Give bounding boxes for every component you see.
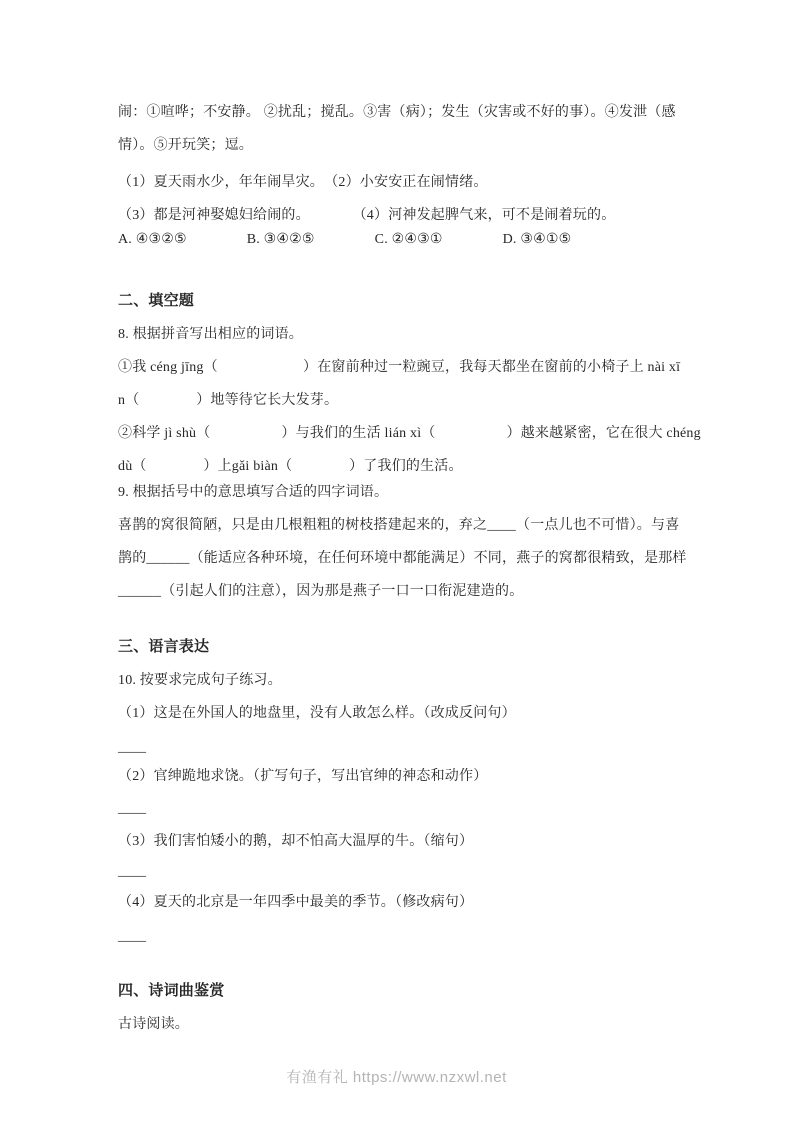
q7-option-a: A. ④③②⑤ <box>118 223 187 256</box>
section-heading-expression: 三、语言表达 <box>118 631 680 664</box>
q10-item3-text: （3）我们害怕矮小的鹅，却不怕高大温厚的牛。（缩句） <box>118 825 680 858</box>
q7-option-b: B. ③④②⑤ <box>247 223 315 256</box>
q9-line1: 喜鹊的窝很简陋，只是由几根粗粗的树枝搭建起来的，弃之____（一点儿也不可惜）。… <box>118 509 680 542</box>
q8-item2-line1: ②科学 jì shù（ ）与我们的生活 lián xì（ ）越来越紧密，它在很大… <box>118 417 680 450</box>
q7-option-c: C. ②④③① <box>375 223 443 256</box>
poetry-intro: 古诗阅读。 <box>118 1008 680 1041</box>
q9-line2: 鹊的______（能适应各种环境，在任何环境中都能满足）不同，燕子的窝都很精致，… <box>118 542 680 575</box>
q9-line3: ______（引起人们的注意），因为那是燕子一口一口衔泥建造的。 <box>118 575 680 608</box>
q8-item1-line2: n（ ）地等待它长大发芽。 <box>118 384 680 417</box>
exam-page: 闹：①喧哗；不安静。 ②扰乱；搅乱。③害（病）；发生（灾害或不好的事）。④发泄（… <box>0 0 793 1122</box>
q7-example-line1: （1）夏天雨水少，年年闹旱灾。 （2）小安安正在闹情绪。 <box>118 166 680 199</box>
q10-item4-answer-blank: ____ <box>118 927 680 947</box>
q8-item1-line1: ①我 céng jīng（ ）在窗前种过一粒豌豆，我每天都坐在窗前的小椅子上 n… <box>118 351 680 384</box>
q8-prompt: 8. 根据拼音写出相应的词语。 <box>118 318 680 351</box>
section-heading-fill-blank: 二、填空题 <box>118 285 680 318</box>
q10-item3-answer-blank: ____ <box>118 862 680 882</box>
q7-definition-line2: 情）。⑤开玩笑；逗。 <box>118 129 680 162</box>
q7-definition-line1: 闹：①喧哗；不安静。 ②扰乱；搅乱。③害（病）；发生（灾害或不好的事）。④发泄（… <box>118 96 680 129</box>
q10-item1-answer-blank: ____ <box>118 738 680 758</box>
q10-item2-text: （2）官绅跪地求饶。（扩写句子，写出官绅的神态和动作） <box>118 760 680 793</box>
q10-item4-text: （4）夏天的北京是一年四季中最美的季节。（修改病句） <box>118 886 680 919</box>
q7-option-d: D. ③④①⑤ <box>503 223 572 256</box>
exam-content: 闹：①喧哗；不安静。 ②扰乱；搅乱。③害（病）；发生（灾害或不好的事）。④发泄（… <box>118 0 680 1041</box>
watermark-footer-link[interactable]: 有渔有礼 https://www.nzxwl.net <box>0 1066 793 1087</box>
q10-prompt: 10. 按要求完成句子练习。 <box>118 664 680 697</box>
q10-item1-text: （1）这是在外国人的地盘里，没有人敢怎么样。（改成反问句） <box>118 697 680 730</box>
q10-item2-answer-blank: ____ <box>118 799 680 819</box>
section-heading-poetry: 四、诗词曲鉴赏 <box>118 975 680 1008</box>
